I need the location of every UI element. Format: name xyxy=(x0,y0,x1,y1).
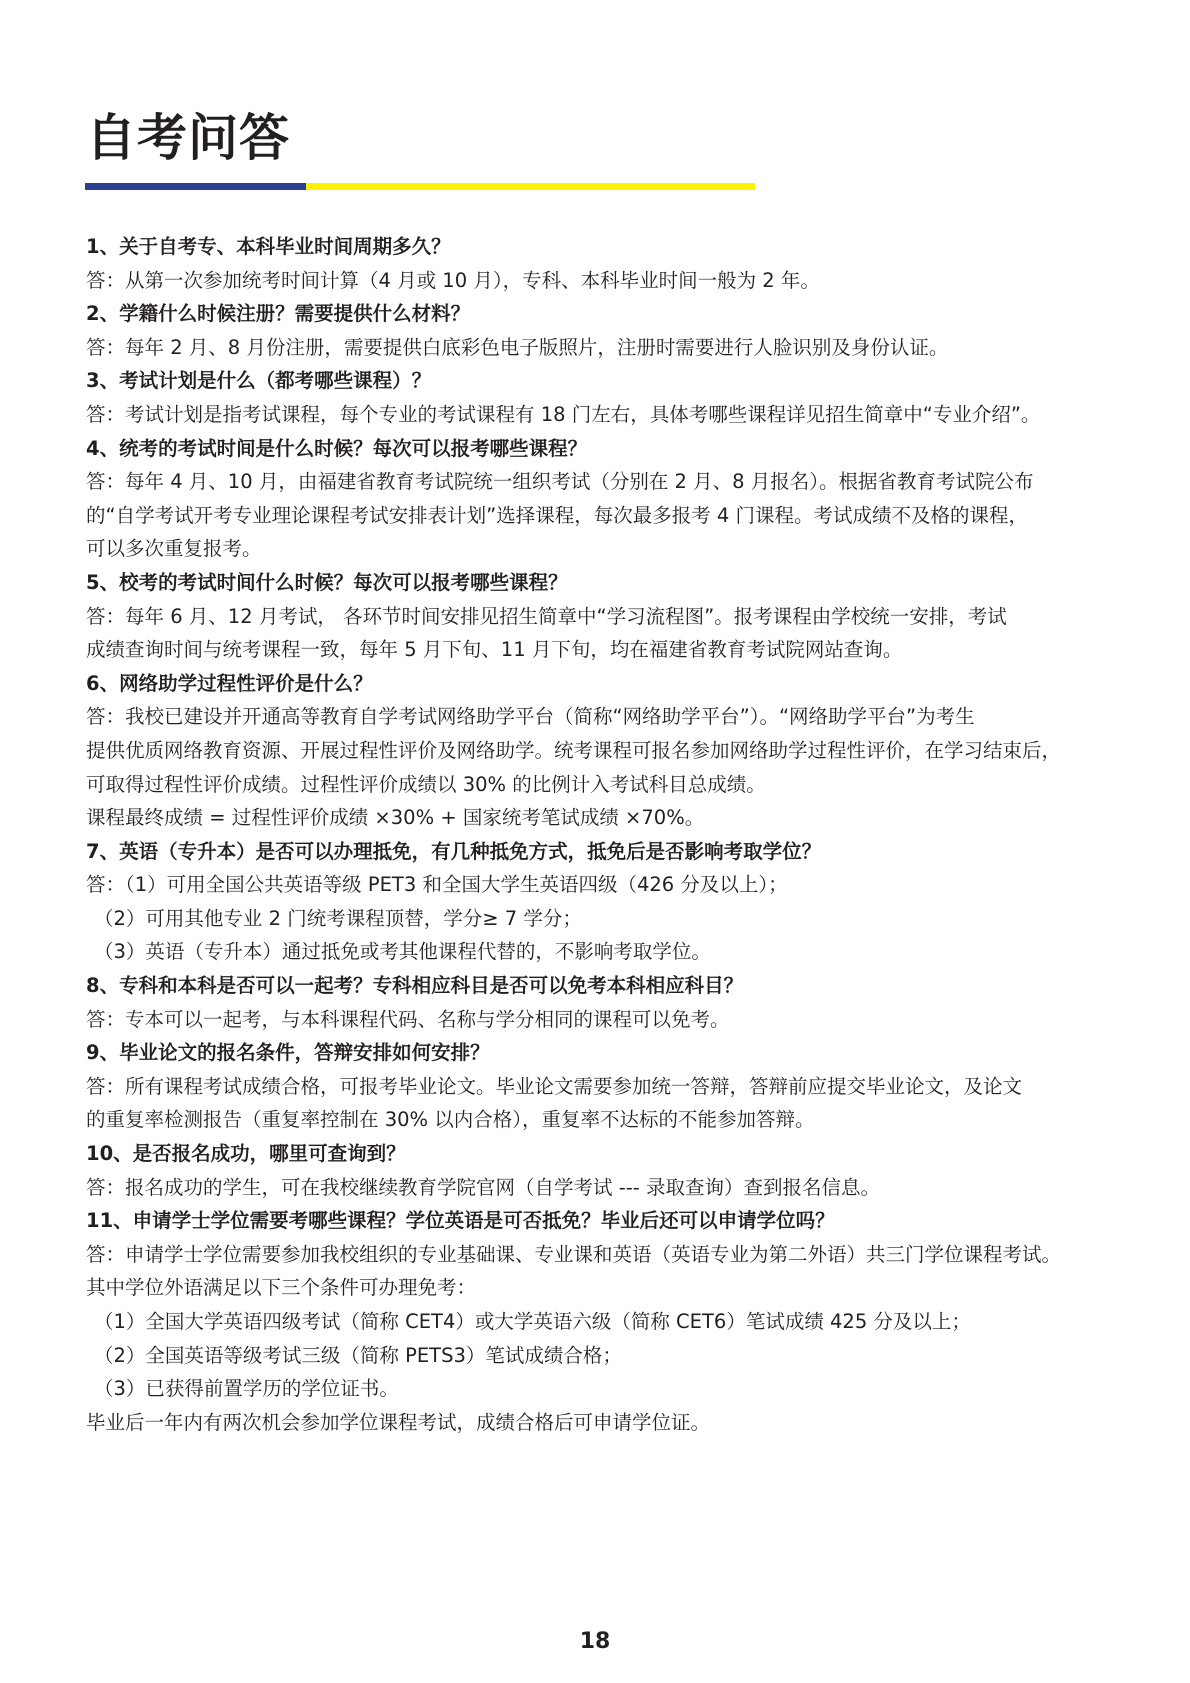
faq-answer-line: 答：我校已建设并开通高等教育自学考试网络助学平台（简称“网络助学平台”）。“网络… xyxy=(86,700,1116,734)
faq-question: 10、是否报名成功，哪里可查询到？ xyxy=(86,1137,1116,1171)
faq-answer-line: 的“自学考试开考专业理论课程考试安排表计划”选择课程，每次最多报考 4 门课程。… xyxy=(86,499,1116,533)
faq-answer-line: 答：从第一次参加统考时间计算（4 月或 10 月），专科、本科毕业时间一般为 2… xyxy=(86,264,1116,298)
faq-answer-subitem: （2）可用其他专业 2 门统考课程顶替，学分≥ 7 学分； xyxy=(86,902,1116,936)
faq-answer-line: 的重复率检测报告（重复率控制在 30% 以内合格），重复率不达标的不能参加答辩。 xyxy=(86,1103,1116,1137)
faq-answer-subitem: （3）英语（专升本）通过抵免或考其他课程代替的，不影响考取学位。 xyxy=(86,935,1116,969)
faq-answer-line: 答：申请学士学位需要参加我校组织的专业基础课、专业课和英语（英语专业为第二外语）… xyxy=(86,1238,1116,1272)
faq-question: 5、校考的考试时间什么时候？每次可以报考哪些课程？ xyxy=(86,566,1116,600)
faq-answer-line: 毕业后一年内有两次机会参加学位课程考试，成绩合格后可申请学位证。 xyxy=(86,1406,1116,1440)
faq-question: 4、统考的考试时间是什么时候？每次可以报考哪些课程？ xyxy=(86,432,1116,466)
page-number: 18 xyxy=(0,1628,1190,1656)
underline-yellow-segment xyxy=(306,183,755,190)
faq-answer-line: 可以多次重复报考。 xyxy=(86,532,1116,566)
faq-question: 8、专科和本科是否可以一起考？专科相应科目是否可以免考本科相应科目？ xyxy=(86,969,1116,1003)
faq-answer-subitem: （3）已获得前置学历的学位证书。 xyxy=(86,1372,1116,1406)
page-title: 自考问答 xyxy=(86,108,290,168)
faq-answer-line: 其中学位外语满足以下三个条件可办理免考： xyxy=(86,1271,1116,1305)
faq-answer-line: 答：（1）可用全国公共英语等级 PET3 和全国大学生英语四级（426 分及以上… xyxy=(86,868,1116,902)
faq-question: 6、网络助学过程性评价是什么？ xyxy=(86,667,1116,701)
title-underline-bar xyxy=(85,183,755,190)
faq-answer-line: 成绩查询时间与统考课程一致，每年 5 月下旬、11 月下旬，均在福建省教育考试院… xyxy=(86,633,1116,667)
faq-question: 3、考试计划是什么（都考哪些课程）？ xyxy=(86,364,1116,398)
faq-answer-subitem: （1）全国大学英语四级考试（简称 CET4）或大学英语六级（简称 CET6）笔试… xyxy=(86,1305,1116,1339)
faq-question: 11、申请学士学位需要考哪些课程？学位英语是可否抵免？毕业后还可以申请学位吗？ xyxy=(86,1204,1116,1238)
faq-formula-line: 课程最终成绩 = 过程性评价成绩 ×30% + 国家统考笔试成绩 ×70%。 xyxy=(86,801,1116,835)
faq-answer-line: 提供优质网络教育资源、开展过程性评价及网络助学。统考课程可报名参加网络助学过程性… xyxy=(86,734,1116,768)
underline-blue-segment xyxy=(85,183,306,190)
faq-answer-line: 答：考试计划是指考试课程，每个专业的考试课程有 18 门左右，具体考哪些课程详见… xyxy=(86,398,1116,432)
faq-list: 1、关于自考专、本科毕业时间周期多久？ 答：从第一次参加统考时间计算（4 月或 … xyxy=(86,230,1116,1439)
faq-answer-line: 答：报名成功的学生，可在我校继续教育学院官网（自学考试 --- 录取查询）查到报… xyxy=(86,1171,1116,1205)
faq-answer-line: 答：每年 2 月、8 月份注册，需要提供白底彩色电子版照片，注册时需要进行人脸识… xyxy=(86,331,1116,365)
faq-question: 2、学籍什么时候注册？需要提供什么材料？ xyxy=(86,297,1116,331)
faq-answer-line: 答：专本可以一起考，与本科课程代码、名称与学分相同的课程可以免考。 xyxy=(86,1003,1116,1037)
faq-answer-subitem: （2）全国英语等级考试三级（简称 PETS3）笔试成绩合格； xyxy=(86,1339,1116,1373)
faq-answer-line: 答：每年 6 月、12 月考试， 各环节时间安排见招生简章中“学习流程图”。报考… xyxy=(86,600,1116,634)
faq-question: 9、毕业论文的报名条件，答辩安排如何安排？ xyxy=(86,1036,1116,1070)
faq-question: 7、英语（专升本）是否可以办理抵免，有几种抵免方式，抵免后是否影响考取学位？ xyxy=(86,835,1116,869)
faq-answer-line: 答：所有课程考试成绩合格，可报考毕业论文。毕业论文需要参加统一答辩，答辩前应提交… xyxy=(86,1070,1116,1104)
faq-answer-line: 可取得过程性评价成绩。过程性评价成绩以 30% 的比例计入考试科目总成绩。 xyxy=(86,768,1116,802)
faq-question: 1、关于自考专、本科毕业时间周期多久？ xyxy=(86,230,1116,264)
faq-answer-line: 答：每年 4 月、10 月，由福建省教育考试院统一组织考试（分别在 2 月、8 … xyxy=(86,465,1116,499)
